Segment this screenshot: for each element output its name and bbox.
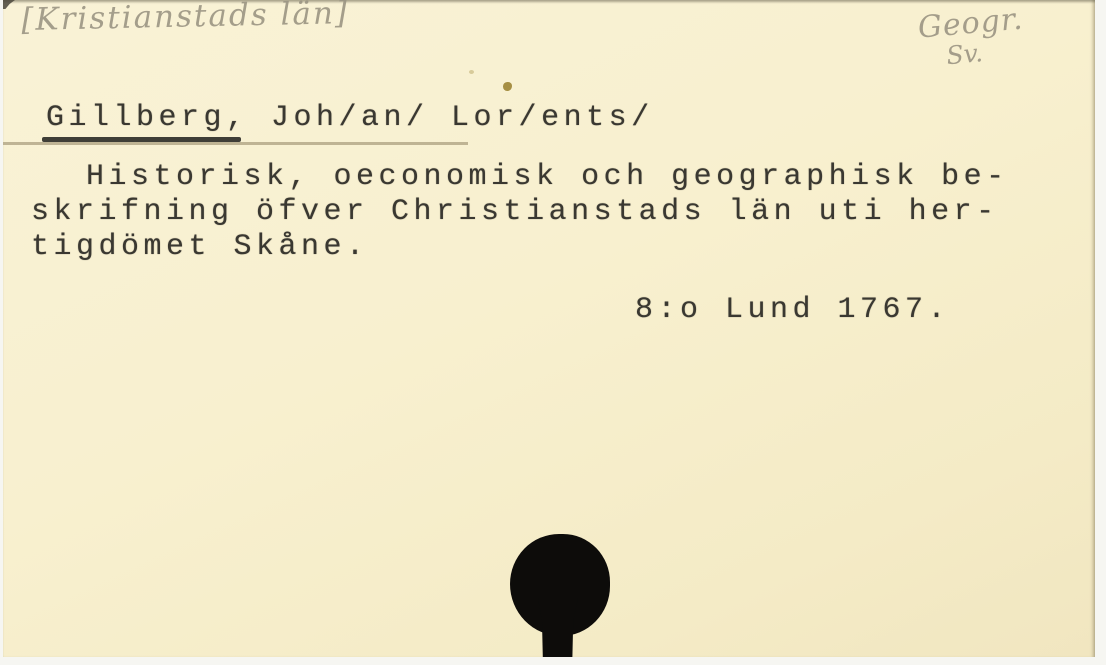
title-line-2: skrifning öfver Christianstads län uti h… (31, 195, 1041, 230)
heading-rule-light (3, 142, 468, 145)
handwritten-classification: Geogr. Sv. (917, 2, 1028, 73)
handwritten-subject-annotation: [Kristianstads län] (21, 0, 349, 38)
punch-hole-stem (538, 598, 578, 657)
title-line-3: tigdömet Skåne. (31, 230, 1041, 265)
title-description: Historisk, oeconomisk och geographisk be… (31, 160, 1041, 265)
title-line-1: Historisk, oeconomisk och geographisk be… (31, 160, 1041, 195)
imprint-line: 8:o Lund 1767. (635, 293, 950, 327)
ink-speck (503, 82, 512, 91)
author-heading: Gillberg, Joh/an/ Lor/ents/ (46, 101, 654, 135)
author-underline (42, 137, 241, 142)
scan-corner-artifact (3, 0, 15, 9)
ink-speck-small (469, 70, 474, 74)
catalog-card: [Kristianstads län] Geogr. Sv. Gillberg,… (3, 0, 1095, 657)
